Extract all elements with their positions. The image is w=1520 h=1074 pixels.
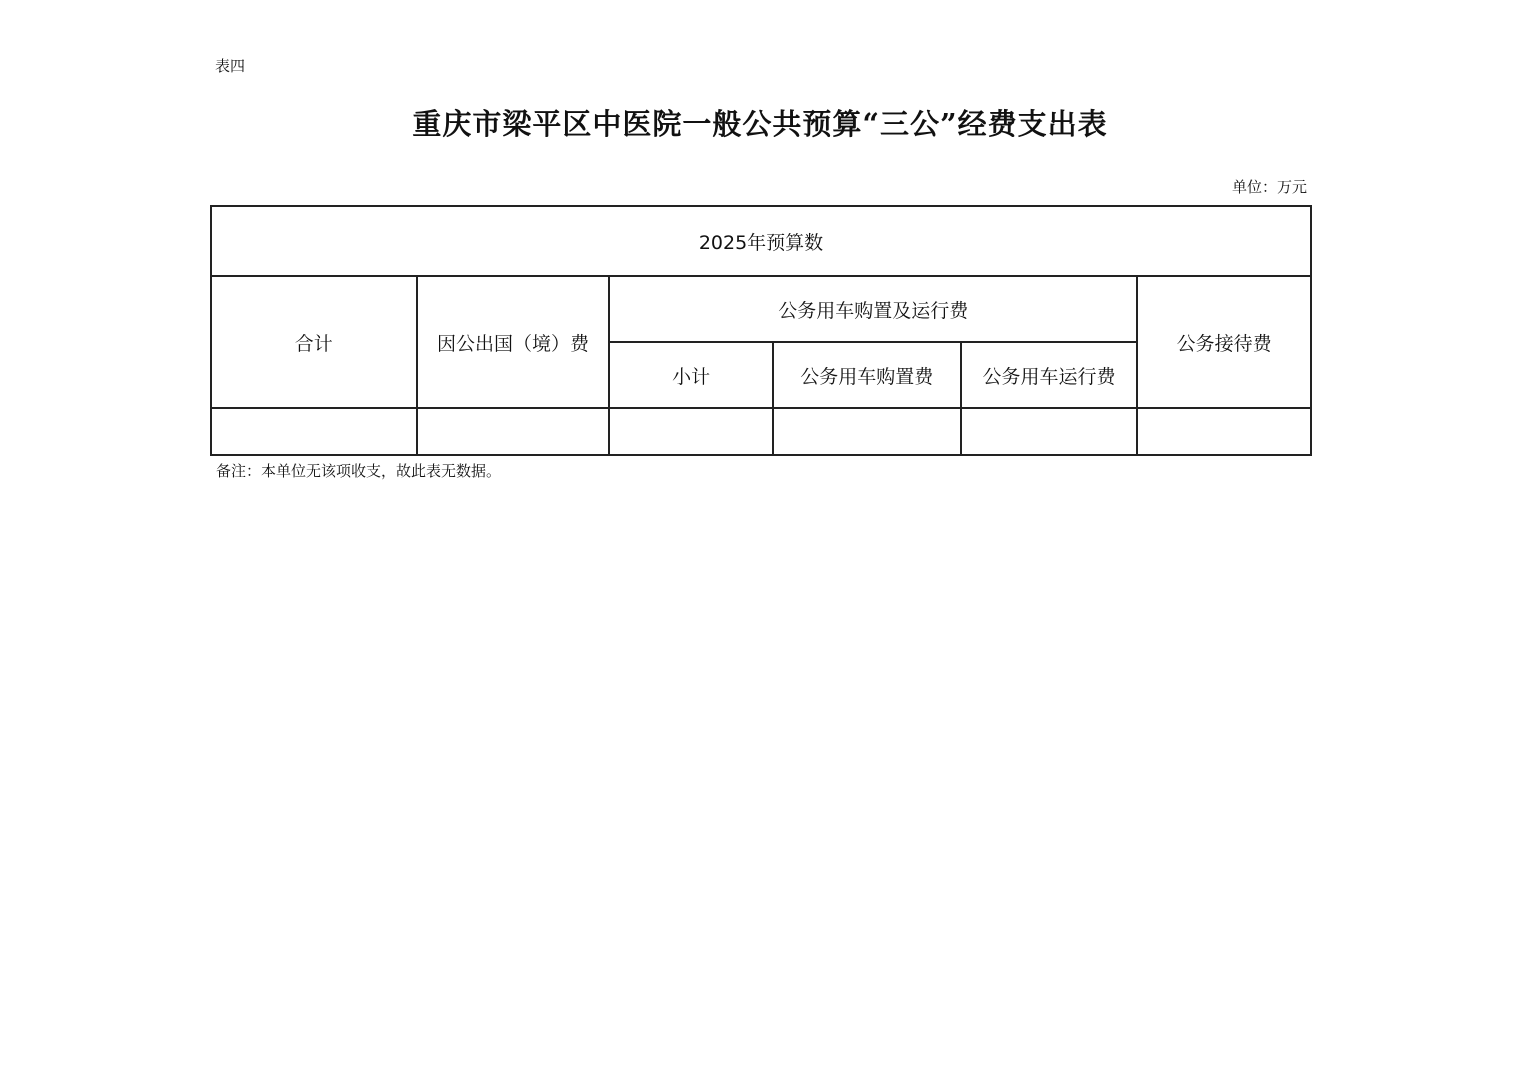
header-vehicle-group: 公务用车购置及运行费 [609,276,1137,342]
cell-vehicle-purchase [773,408,961,455]
header-budget-year: 2025年预算数 [211,206,1311,276]
header-vehicle-operation: 公务用车运行费 [961,342,1138,408]
header-total: 合计 [211,276,417,408]
footnote: 备注：本单位无该项收支，故此表无数据。 [216,460,501,481]
table-row [211,408,1311,455]
header-overseas: 因公出国（境）费 [417,276,610,408]
table-number-label: 表四 [215,55,245,76]
cell-overseas [417,408,610,455]
cell-total [211,408,417,455]
header-vehicle-subtotal: 小计 [609,342,773,408]
header-vehicle-purchase: 公务用车购置费 [773,342,961,408]
page-title: 重庆市梁平区中医院一般公共预算“三公”经费支出表 [0,102,1520,143]
cell-reception [1137,408,1311,455]
three-public-expenses-table: 2025年预算数 合计 因公出国（境）费 公务用车购置及运行费 公务接待费 小计… [210,205,1312,456]
cell-vehicle-operation [961,408,1138,455]
cell-vehicle-subtotal [609,408,773,455]
header-reception: 公务接待费 [1137,276,1311,408]
unit-label: 单位：万元 [1232,176,1307,197]
